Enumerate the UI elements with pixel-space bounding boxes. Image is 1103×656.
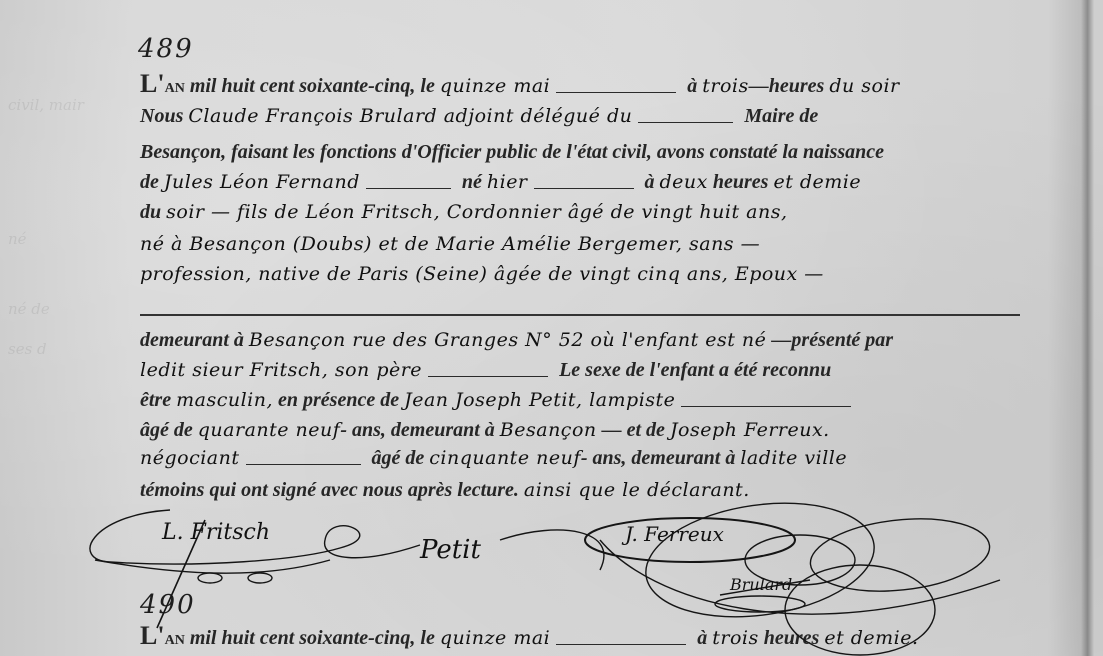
handwritten-text: soir — fils de Léon Fritsch, Cordonnier … (166, 201, 787, 223)
register-line: ledit sieur Fritsch, son père Le sexe de… (140, 358, 831, 382)
bleed-through-text: civil, mair né né de ses d (0, 0, 120, 656)
handwritten-text: Besançon (500, 419, 597, 441)
signature-ferreux: J. Ferreux (625, 522, 724, 546)
printed-text: — et de (597, 419, 670, 441)
register-line: témoins qui ont signé avec nous après le… (140, 478, 750, 502)
printed-text: Besançon, faisant les fonctions d'Offici… (140, 141, 884, 163)
printed-text: mil huit cent soixante-cinq, le (185, 75, 440, 97)
handwritten-text: ledit sieur Fritsch, son père (140, 359, 422, 381)
handwritten-text: né à Besançon (Doubs) et de Marie Amélie… (140, 233, 760, 255)
handwritten-text: quarante neuf (198, 419, 341, 441)
entry-number-490: 490 (140, 590, 196, 620)
printed-text: heures (708, 171, 774, 193)
printed-text: en présence de (273, 389, 404, 411)
register-line: âgé de quarante neuf- ans, demeurant à B… (140, 418, 830, 442)
handwritten-text: cinquante neuf (429, 447, 581, 469)
printed-text: âgé de (367, 447, 430, 469)
ghost-text: né (8, 230, 27, 248)
register-page: civil, mair né né de ses d 489 L'AN mil … (0, 0, 1103, 656)
handwritten-text: Besançon rue des Granges N° 52 où l'enfa… (249, 329, 767, 351)
printed-text: à (640, 171, 660, 193)
printed-text: Nous (140, 105, 188, 127)
handwritten-text: masculin, (176, 389, 273, 411)
printed-initial: L' (140, 621, 165, 650)
handwritten-text: profession, native de Paris (Seine) âgée… (140, 263, 824, 285)
handwritten-text: du soir (829, 75, 899, 97)
printed-text: à (682, 75, 702, 97)
register-line: négociant âgé de cinquante neuf- ans, de… (140, 446, 847, 470)
printed-text: témoins qui ont signé avec nous après le… (140, 479, 524, 501)
signature-petit: Petit (420, 535, 481, 565)
register-line: du soir — fils de Léon Fritsch, Cordonni… (140, 200, 788, 224)
handwritten-text: quinze mai (440, 75, 550, 97)
printed-text: Maire de (739, 105, 818, 127)
handwritten-text: ladite ville (740, 447, 847, 469)
printed-smallcaps: AN (165, 633, 185, 648)
handwritten-text: trois (702, 75, 748, 97)
handwritten-text: Jules Léon Fernand (164, 171, 360, 193)
ghost-text: ses d (8, 340, 47, 358)
register-line: être masculin, en présence de Jean Josep… (140, 388, 857, 412)
ghost-text: civil, mair (8, 96, 84, 114)
entry-number-489: 489 (138, 34, 194, 64)
printed-text: —heures (749, 75, 830, 97)
register-line: L'AN mil huit cent soixante-cinq, le qui… (140, 72, 900, 101)
handwritten-text: négociant (140, 447, 240, 469)
signature-brulard: Brulard (730, 575, 792, 594)
printed-text: du (140, 201, 166, 223)
blank-fill-line (428, 366, 548, 377)
register-line: demeurant à Besançon rue des Granges N° … (140, 328, 893, 352)
handwritten-text: hier (487, 171, 528, 193)
register-line: Besançon, faisant les fonctions d'Offici… (140, 140, 884, 164)
blank-fill-line (534, 178, 634, 189)
handwritten-text: et demie. (824, 627, 918, 649)
blank-fill-line (681, 396, 851, 407)
handwritten-text: trois (712, 627, 758, 649)
printed-text: heures (759, 627, 825, 649)
blank-fill-line (638, 112, 733, 123)
printed-text: de (140, 171, 164, 193)
printed-text: né (457, 171, 487, 193)
section-rule (140, 314, 1020, 316)
handwritten-text: et demie (773, 171, 861, 193)
signature-fritsch: L. Fritsch (162, 520, 270, 545)
printed-text: à (692, 627, 712, 649)
handwritten-text: Jean Joseph Petit, lampiste (404, 389, 675, 411)
blank-fill-line (246, 454, 361, 465)
printed-text: demeurant à (140, 329, 249, 351)
register-line: profession, native de Paris (Seine) âgée… (140, 262, 824, 286)
register-line: de Jules Léon Fernand né hier à deux heu… (140, 170, 861, 194)
printed-text: - ans, demeurant à (581, 447, 740, 469)
printed-text: âgé de (140, 419, 198, 441)
printed-smallcaps: AN (165, 81, 185, 96)
printed-text: Le sexe de l'enfant a été reconnu (554, 359, 831, 381)
handwritten-text: Joseph Ferreux. (670, 419, 830, 441)
printed-text: mil huit cent soixante-cinq, le (185, 627, 440, 649)
register-line: L'AN mil huit cent soixante-cinq, le qui… (140, 624, 919, 653)
blank-fill-line (366, 178, 451, 189)
printed-text: —présenté par (766, 329, 893, 351)
handwritten-text: deux (660, 171, 708, 193)
handwritten-text: ainsi que le déclarant. (524, 479, 750, 501)
ghost-text: né de (8, 300, 50, 318)
printed-text: - ans, demeurant à (340, 419, 499, 441)
blank-fill-line (556, 634, 686, 645)
register-line: Nous Claude François Brulard adjoint dél… (140, 104, 818, 128)
handwritten-text: quinze mai (440, 627, 550, 649)
blank-fill-line (556, 82, 676, 93)
printed-initial: L' (140, 69, 165, 98)
printed-text: être (140, 389, 176, 411)
register-line: né à Besançon (Doubs) et de Marie Amélie… (140, 232, 760, 256)
handwritten-text: Claude François Brulard adjoint délégué … (188, 105, 632, 127)
